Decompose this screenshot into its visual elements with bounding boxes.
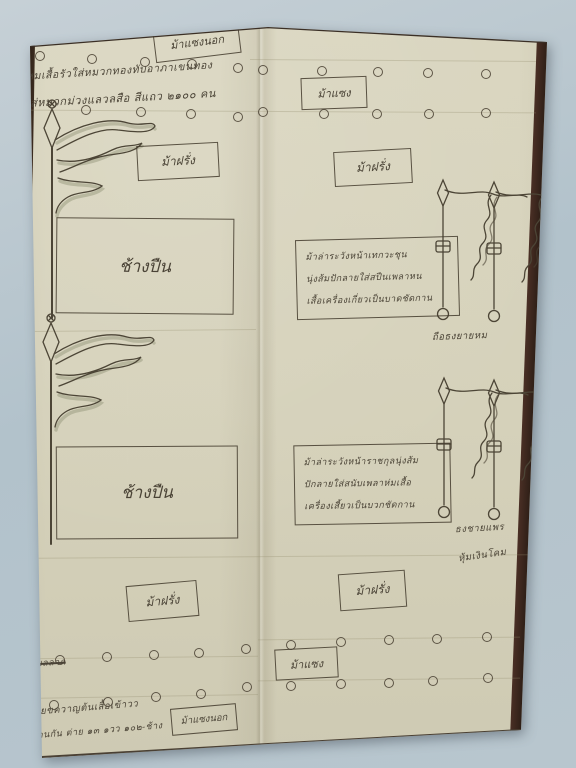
label-box-farang-bottom-left: ม้าฝรั่ง [126, 580, 200, 622]
position-marker [233, 63, 243, 73]
label-box-saeng-nok-bottom: ม้าแซงนอก [170, 703, 238, 736]
note-box-2: ม้าล่าระวังหน้าราชกุลนุ่งส้ม ปักลายใส่สน… [293, 443, 451, 526]
page-top-edge [30, 27, 547, 46]
position-marker [194, 648, 204, 658]
position-marker [258, 107, 268, 117]
note-line: ปักลายใส่สนับเพลาห่มเสื้อ [304, 472, 446, 496]
position-marker [233, 112, 243, 122]
position-marker [482, 632, 492, 642]
label-text: ม้าแซงนอก [180, 710, 228, 729]
label-text: ช้างปืน [119, 252, 171, 279]
position-marker [481, 108, 491, 118]
pennant-standard-pair-2 [437, 378, 576, 520]
position-marker [149, 650, 159, 660]
flag-body-box-1: ช้างปืน [56, 217, 235, 315]
label-text: ม้าแซง [317, 83, 351, 102]
position-marker [186, 109, 196, 119]
position-marker [373, 67, 383, 77]
label-box-farang-mid-left: ม้าฝรั่ง [136, 142, 220, 181]
position-marker [286, 681, 296, 691]
position-marker [242, 682, 252, 692]
position-marker [423, 68, 433, 78]
label-box-farang-mid-right: ม้าฝรั่ง [333, 148, 413, 187]
struck-out-note: ผู้ช่วยพลลาก [12, 655, 66, 672]
position-marker [432, 634, 442, 644]
position-marker [196, 689, 206, 699]
pennant-standard [487, 182, 576, 322]
position-marker [319, 109, 329, 119]
position-marker [102, 652, 112, 662]
label-box-saeng-bottom: ม้าแซง [274, 646, 339, 680]
label-text: ม้าฝรั่ง [145, 590, 181, 612]
manuscript-photo: ม้าแซงนอก ม้าแซง ม้าฝรั่ง ม้าฝรั่ง ช้างป… [0, 0, 576, 768]
standard-caption-2a: ธงชายแพร [455, 520, 505, 538]
position-marker [336, 679, 346, 689]
position-marker [372, 109, 382, 119]
note-line: เสื้อเครื่องเกี่ยวเป็นบาดชัดกาน [306, 287, 455, 313]
manuscript-page: ม้าแซงนอก ม้าแซง ม้าฝรั่ง ม้าฝรั่ง ช้างป… [0, 0, 576, 768]
flag-body-box-2: ช้างปืน [56, 446, 238, 540]
position-marker [384, 678, 394, 688]
position-marker [241, 644, 251, 654]
label-text: ม้าแซง [289, 654, 323, 674]
label-text: ม้าฝรั่ง [355, 580, 390, 601]
position-marker [151, 692, 161, 702]
paper-wrap: ม้าแซงนอก ม้าแซง ม้าฝรั่ง ม้าฝรั่ง ช้างป… [0, 0, 576, 768]
position-marker [258, 65, 268, 75]
position-marker [424, 109, 434, 119]
position-marker [428, 676, 438, 686]
label-box-saeng-top: ม้าแซง [300, 76, 367, 110]
note-box-1: ม้าล่าระวังหน้าเทกวะชุน นุ่งส้มปักลายใส่… [295, 236, 460, 320]
label-box-farang-bottom-right: ม้าฝรั่ง [338, 570, 407, 612]
pennant-standard [487, 380, 576, 520]
note-line: ม้าล่าระวังหน้าราชกุลนุ่งส้ม [303, 450, 445, 474]
note-line: เครื่องเสี้ยวเป็นบวกชัดกาน [304, 494, 446, 518]
position-marker [136, 107, 146, 117]
position-marker [483, 673, 493, 683]
label-text: ม้าฝรั่ง [356, 157, 391, 178]
position-marker [317, 66, 327, 76]
label-text: ม้าฝรั่ง [161, 151, 196, 172]
label-text: ม้าแซงนอก [169, 30, 225, 54]
position-marker [35, 51, 45, 61]
position-marker [336, 637, 346, 647]
label-text: ช้างปืน [121, 479, 173, 506]
position-marker [481, 69, 491, 79]
standard-caption-1: ถือธงยายหม [432, 328, 488, 345]
position-marker [384, 635, 394, 645]
